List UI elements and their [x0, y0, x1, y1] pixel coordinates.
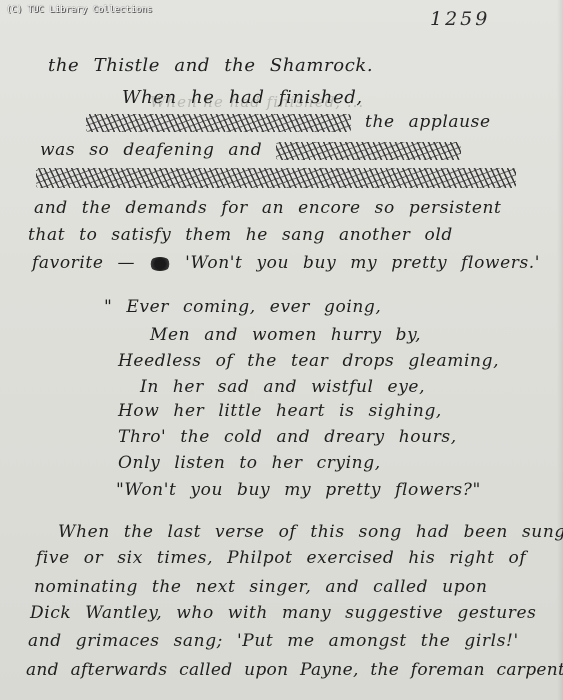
text-line-5: [36, 167, 516, 188]
crossed-out-line: [36, 168, 516, 188]
crossed-out-text: [86, 114, 351, 132]
verse-line-1: " Ever coming, ever going,: [104, 297, 381, 317]
verse-line-2: Men and women hurry by,: [150, 325, 421, 345]
copyright-watermark: (C) TUC Library Collections: [6, 5, 152, 15]
verse-line-5: How her little heart is sighing,: [118, 401, 442, 421]
text-line-2: When he had finished,: [122, 87, 363, 108]
paragraph2-line-1: When the last verse of this song had bee…: [58, 522, 563, 542]
text-line-3: the applause: [86, 112, 491, 132]
text-line-7: that to satisfy them he sang another old: [28, 225, 453, 245]
page-number: 1259: [430, 8, 490, 30]
text-line-6: and the demands for an encore so persist…: [34, 198, 501, 218]
paragraph2-line-3: nominating the next singer, and called u…: [34, 577, 488, 597]
paragraph2-line-6: and afterwards called upon Payne, the fo…: [26, 660, 563, 680]
verse-line-4: In her sad and wistful eye,: [140, 377, 425, 397]
text-line-3-end: the applause: [365, 112, 491, 132]
verse-line-7: Only listen to her crying,: [118, 453, 381, 473]
text-line-8-end: 'Won't you buy my pretty flowers.': [185, 253, 540, 273]
paragraph2-line-2: five or six times, Philpot exercised his…: [36, 548, 526, 568]
text-line-4-start: was so deafening and: [40, 140, 262, 160]
manuscript-page: (C) TUC Library Collections 1259 When he…: [0, 0, 563, 700]
crossed-out-text: [276, 142, 461, 160]
text-line-4: was so deafening and: [40, 140, 461, 160]
verse-line-8: "Won't you buy my pretty flowers?": [116, 480, 481, 500]
paragraph2-line-4: Dick Wantley, who with many suggestive g…: [30, 603, 537, 623]
text-line-8: favorite — 'Won't you buy my pretty flow…: [32, 253, 540, 273]
text-line-8-start: favorite —: [32, 253, 135, 273]
verse-line-6: Thro' the cold and dreary hours,: [118, 427, 457, 447]
paragraph2-line-5: and grimaces sang; 'Put me amongst the g…: [28, 631, 519, 651]
text-line-1: the Thistle and the Shamrock.: [48, 55, 373, 76]
verse-line-3: Heedless of the tear drops gleaming,: [118, 351, 499, 371]
ink-blot: [149, 257, 171, 271]
